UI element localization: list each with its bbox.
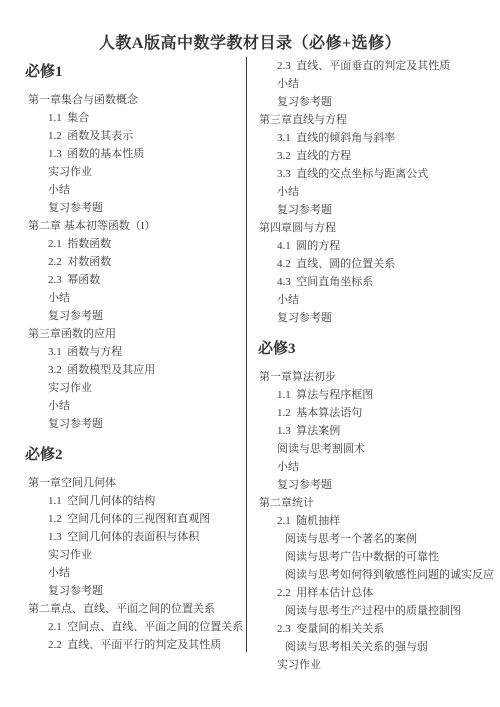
toc-item: 1.3 空间几何体的表面积与体积 <box>0 528 246 546</box>
toc-item: 复习参考题 <box>0 199 246 217</box>
toc-item: 1.1 集合 <box>0 109 246 127</box>
toc-item: 复习参考题 <box>252 309 500 327</box>
toc-item: 4.1 圆的方程 <box>252 237 500 255</box>
toc-chapter-heading: 第三章直线与方程 <box>252 111 500 129</box>
toc-chapter-heading: 第二章 基本初等函数（I） <box>0 217 246 235</box>
toc-item: 复习参考题 <box>252 476 500 494</box>
toc-chapter-heading: 第二章点、直线、平面之间的位置关系 <box>0 600 246 618</box>
toc-item: 实习作业 <box>0 163 246 181</box>
toc-item: 实习作业 <box>0 379 246 397</box>
toc-item: 2.3 直线、平面垂直的判定及其性质 <box>252 57 500 75</box>
toc-item: 复习参考题 <box>252 93 500 111</box>
toc-item: 2.1 指数函数 <box>0 235 246 253</box>
toc-chapter-heading: 第一章算法初步 <box>252 368 500 386</box>
toc-item: 1.2 空间几何体的三视图和直观图 <box>0 510 246 528</box>
toc-item: 1.2 基本算法语句 <box>252 404 500 422</box>
toc-item: 2.2 直线、平面平行的判定及其性质 <box>0 636 246 654</box>
toc-item: 4.3 空间直角坐标系 <box>252 273 500 291</box>
toc-column-left: 必修1第一章集合与函数概念1.1 集合1.2 函数及其表示1.3 函数的基本性质… <box>0 57 246 654</box>
toc-item: 2.3 幂函数 <box>0 271 246 289</box>
toc-item: 小结 <box>252 458 500 476</box>
toc-item: 3.1 函数与方程 <box>0 343 246 361</box>
toc-chapter-heading: 第一章空间几何体 <box>0 474 246 492</box>
toc-reading-item: 阅读与思考相关关系的强与弱 <box>252 638 500 656</box>
toc-item: 阅读与思考割圆术 <box>252 440 500 458</box>
toc-item: 2.2 用样本估计总体 <box>252 584 500 602</box>
toc-item: 2.1 随机抽样 <box>252 512 500 530</box>
document-page: 人教A版高中数学教材目录（必修+选修） 必修1第一章集合与函数概念1.1 集合1… <box>0 0 500 53</box>
toc-item: 3.2 直线的方程 <box>252 147 500 165</box>
toc-item: 实习作业 <box>252 656 500 674</box>
toc-chapter-heading: 第二章统计 <box>252 494 500 512</box>
toc-item: 复习参考题 <box>0 415 246 433</box>
toc-section-heading: 必修2 <box>0 445 246 465</box>
toc-item: 1.3 函数的基本性质 <box>0 145 246 163</box>
toc-item: 1.1 算法与程序框图 <box>252 386 500 404</box>
document-title: 人教A版高中数学教材目录（必修+选修） <box>0 0 500 53</box>
toc-reading-item: 阅读与思考广告中数据的可靠性 <box>252 548 500 566</box>
toc-item: 3.3 直线的交点坐标与距离公式 <box>252 165 500 183</box>
toc-chapter-heading: 第三章函数的应用 <box>0 325 246 343</box>
toc-item: 小结 <box>252 183 500 201</box>
toc-section-heading: 必修1 <box>0 62 246 82</box>
toc-item: 2.2 对数函数 <box>0 253 246 271</box>
toc-item: 小结 <box>0 397 246 415</box>
toc-item: 实习作业 <box>0 546 246 564</box>
toc-reading-item: 阅读与思考生产过程中的质量控制图 <box>252 602 500 620</box>
toc-item: 3.1 直线的倾斜角与斜率 <box>252 129 500 147</box>
toc-item: 复习参考题 <box>0 307 246 325</box>
toc-item: 小结 <box>252 75 500 93</box>
toc-reading-item: 阅读与思考如何得到敏感性问题的诚实反应 <box>252 566 500 584</box>
toc-item: 1.1 空间几何体的结构 <box>0 492 246 510</box>
toc-item: 2.3 变量间的相关关系 <box>252 620 500 638</box>
toc-item: 3.2 函数模型及其应用 <box>0 361 246 379</box>
toc-item: 1.3 算法案例 <box>252 422 500 440</box>
toc-item: 4.2 直线、圆的位置关系 <box>252 255 500 273</box>
toc-column-right: 2.3 直线、平面垂直的判定及其性质小结复习参考题第三章直线与方程3.1 直线的… <box>252 57 500 674</box>
toc-item: 复习参考题 <box>252 201 500 219</box>
toc-chapter-heading: 第一章集合与函数概念 <box>0 91 246 109</box>
toc-item: 小结 <box>0 289 246 307</box>
toc-item: 1.2 函数及其表示 <box>0 127 246 145</box>
toc-item: 小结 <box>0 564 246 582</box>
toc-item: 小结 <box>252 291 500 309</box>
column-divider <box>246 57 247 652</box>
toc-reading-item: 阅读与思考一个著名的案例 <box>252 530 500 548</box>
toc-item: 复习参考题 <box>0 582 246 600</box>
toc-chapter-heading: 第四章圆与方程 <box>252 219 500 237</box>
toc-item: 小结 <box>0 181 246 199</box>
toc-item: 2.1 空间点、直线、平面之间的位置关系 <box>0 618 244 636</box>
toc-section-heading: 必修3 <box>252 339 500 359</box>
